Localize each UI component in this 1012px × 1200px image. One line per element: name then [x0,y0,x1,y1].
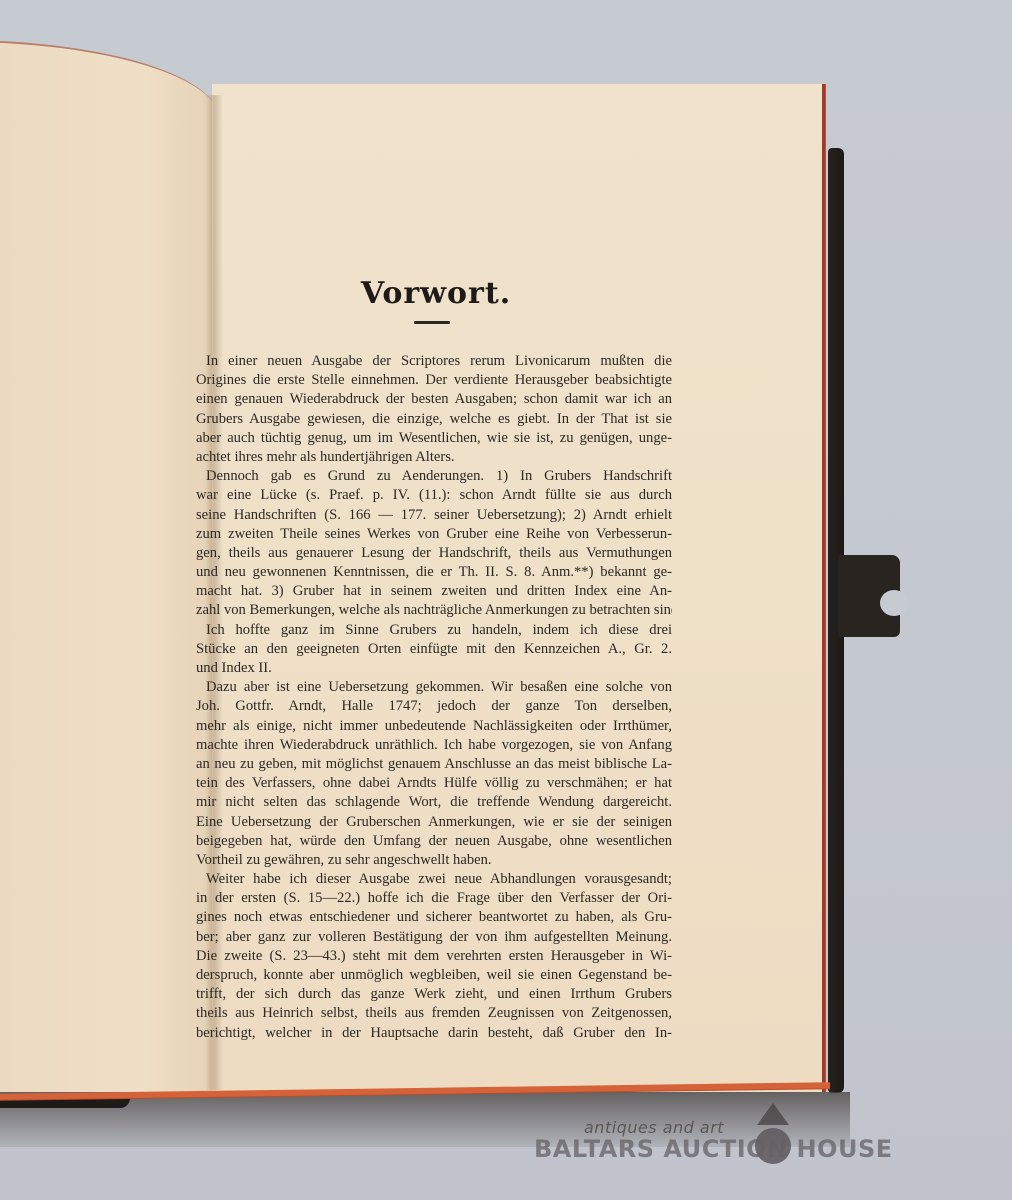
text-line: Ich hoffte ganz im Sinne Grubers zu hand… [196,621,672,640]
text-line: machte ihren Wiederabdruck unräthlich. I… [196,736,672,755]
photo-scene: Vorwort. In einer neuen Ausgabe der Scri… [0,0,1012,1200]
text-line: Die zweite (S. 23—43.) steht mit dem ver… [196,947,672,966]
text-line: in der ersten (S. 15—22.) hoffe ich die … [196,889,672,908]
text-line: Eine Uebersetzung der Gruberschen Anmerk… [196,813,672,832]
text-line: beigegeben hat, würde den Umfang der neu… [196,832,672,851]
text-line: macht hat. 3) Gruber hat in seinem zweit… [196,582,672,601]
text-line: berichtigt, welcher in der Hauptsache da… [196,1024,672,1043]
clasp-notch [880,590,908,616]
text-line: an neu zu geben, mit möglichst genauem A… [196,755,672,774]
text-line: Stücke an den geeigneten Orten einfügte … [196,640,672,659]
text-line: zum zweiten Theile seines Werkes von Gru… [196,525,672,544]
text-line: Origines die erste Stelle einnehmen. Der… [196,371,672,390]
text-line: Grubers Ausgabe gewiesen, die einzige, w… [196,410,672,429]
page-title: Vorwort. [356,276,516,311]
text-line: mehr als einige, nicht immer unbedeutend… [196,717,672,736]
text-line: seine Handschriften (S. 166 — 177. seine… [196,506,672,525]
text-line: Dazu aber ist eine Uebersetzung gekommen… [196,678,672,697]
title-ornament [414,321,450,324]
text-line: theils aus Heinrich selbst, theils aus f… [196,1004,672,1023]
text-line: einen genauen Wiederabdruck der besten A… [196,390,672,409]
text-line: In einer neuen Ausgabe der Scriptores re… [196,352,672,371]
text-line: Weiter habe ich dieser Ausgabe zwei neue… [196,870,672,889]
watermark-brand: BALTARS AUCTION HOUSE [534,1135,893,1163]
text-line: und Index II. [196,659,672,678]
left-page [0,40,220,1092]
text-line: zahl von Bemerkungen, welche als nachträ… [196,601,672,620]
text-line: trifft, der sich durch das ganze Werk zi… [196,985,672,1004]
text-line: achtet ihres mehr als hundertjährigen Al… [196,448,672,467]
text-line: Dennoch gab es Grund zu Aenderungen. 1) … [196,467,672,486]
text-line: ber; aber ganz zur volleren Bestätigung … [196,928,672,947]
text-line: gines noch etwas entschiedener und siche… [196,908,672,927]
text-line: und neu gewonnenen Kenntnissen, die er T… [196,563,672,582]
text-line: war eine Lücke (s. Praef. p. IV. (11.): … [196,486,672,505]
text-line: Vortheil zu gewähren, zu sehr angeschwel… [196,851,672,870]
text-line: derspruch, konnte aber unmöglich wegblei… [196,966,672,985]
text-line: mir nicht selten das schlagende Wort, di… [196,793,672,812]
crown-icon [757,1103,789,1125]
text-line: tein des Verfassers, ohne dabei Arndts H… [196,774,672,793]
preface-text: In einer neuen Ausgabe der Scriptores re… [196,352,672,1043]
text-line: gen, theils aus genauerer Lesung der Han… [196,544,672,563]
text-line: Joh. Gottfr. Arndt, Halle 1747; jedoch d… [196,697,672,716]
text-line: aber auch tüchtig genug, um im Wesentlic… [196,429,672,448]
